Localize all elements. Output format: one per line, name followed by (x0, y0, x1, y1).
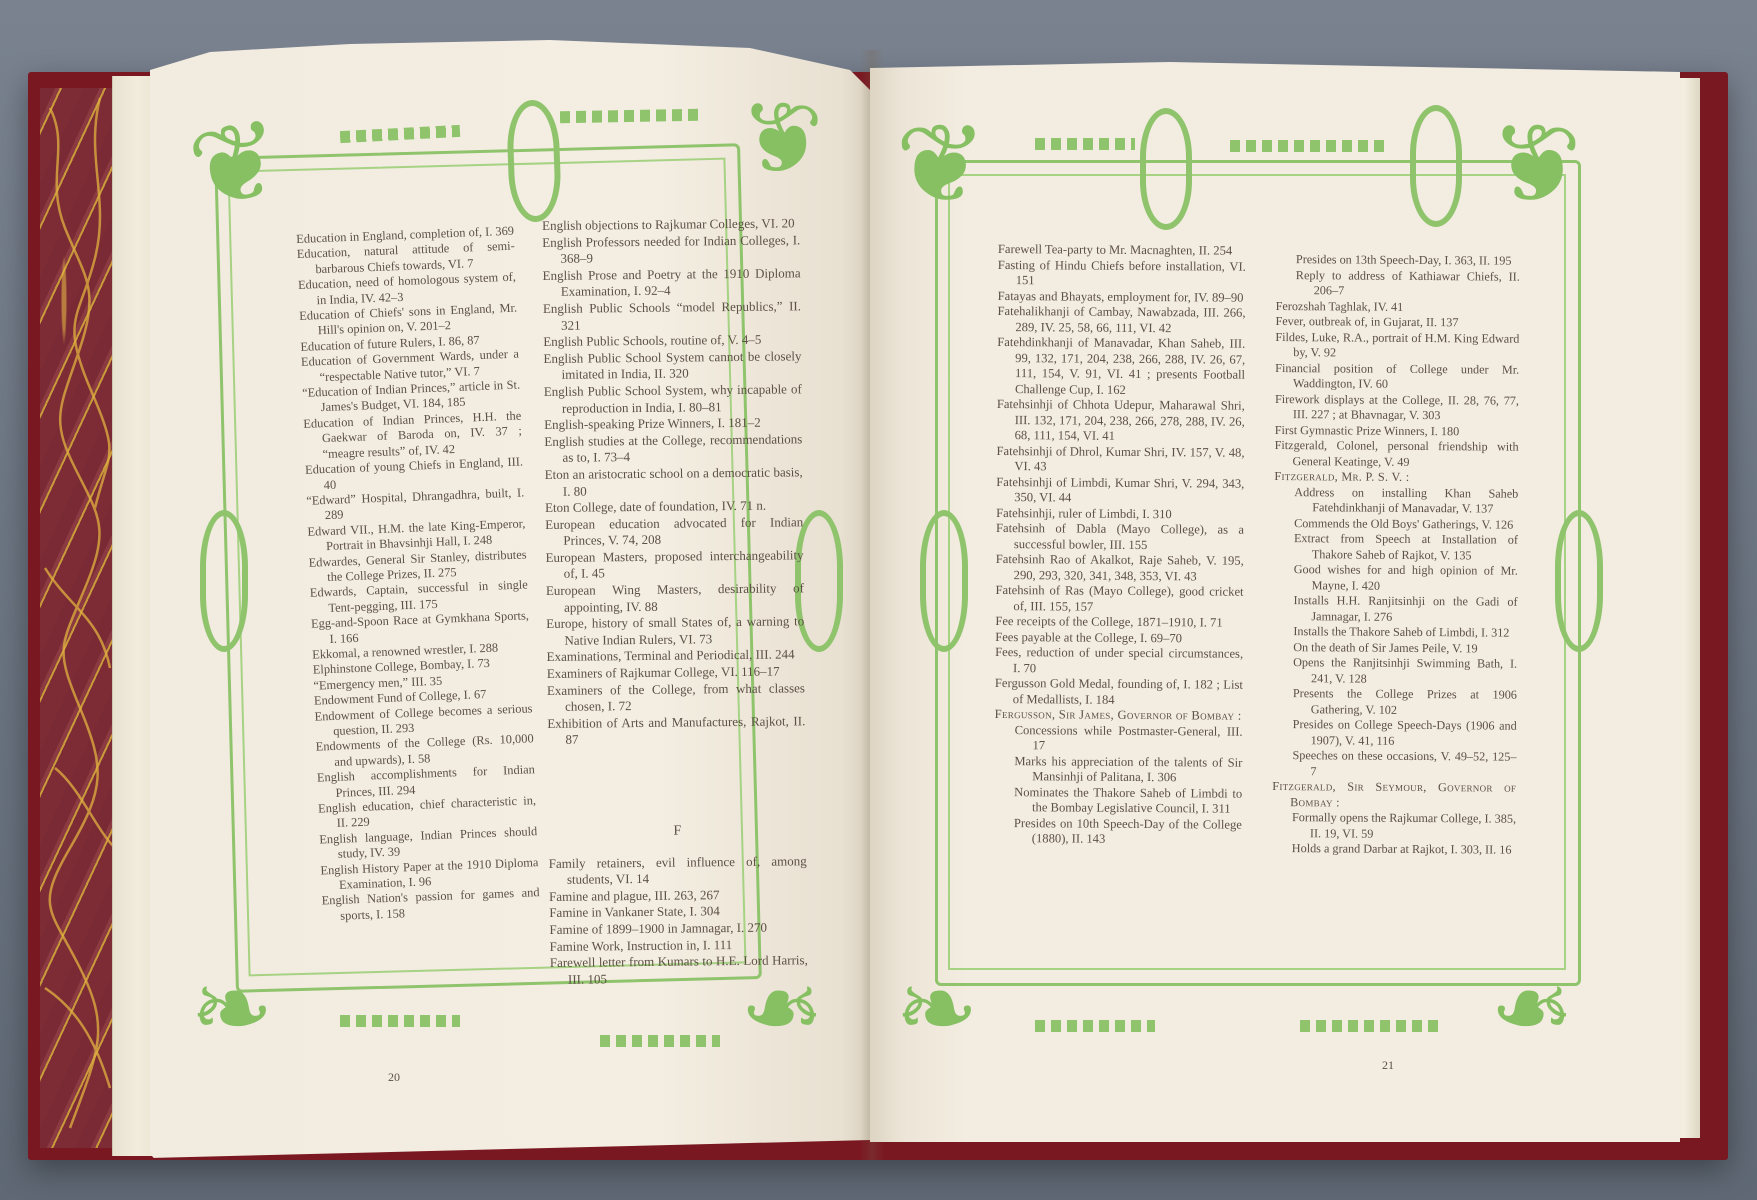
index-entry: First Gymnastic Prize Winners, I. 180 (1275, 422, 1519, 439)
right-bottom-right-corner-flourish: ❧ (1490, 960, 1574, 1060)
index-subentry: Presides on College Speech-Days (1906 an… (1273, 717, 1517, 750)
index-entry: English Public School System, why incapa… (544, 381, 802, 417)
index-subentry: Presides on 13th Speech-Day, I. 363, II.… (1276, 252, 1520, 269)
index-subentry: Extract from Speech at Installation of T… (1274, 531, 1518, 564)
index-entry: Financial position of College under Mr. … (1275, 360, 1519, 393)
index-entry: Farewell letter from Kumars to H.E. Lord… (550, 952, 808, 988)
index-subentry: Opens the Ranjitsinhji Swimming Bath, I.… (1273, 655, 1517, 688)
index-entry: Education of Indian Princes, H.H. the Ga… (303, 408, 523, 463)
index-entry: Fatehalikhanji of Cambay, Nawabzada, III… (997, 304, 1245, 337)
index-entry: English Public Schools “model Republics,… (543, 298, 801, 334)
index-entry: Fee receipts of the College, 1871–1910, … (995, 614, 1243, 631)
right-bottom-scroll-ornament (1035, 1020, 1155, 1032)
marble-veins (40, 88, 120, 1148)
index-subentry: Presents the College Prizes at 1906 Gath… (1273, 686, 1517, 719)
index-subentry: Presides on 10th Speech-Day of the Colle… (994, 815, 1242, 848)
index-subentry: Nominates the Thakore Saheb of Limbdi to… (994, 784, 1242, 817)
index-entry: European Masters, proposed interchangeab… (545, 547, 803, 583)
index-entry: Fatehsinhji, ruler of Limbdi, I. 310 (996, 505, 1244, 522)
index-subentry: Installs the Thakore Saheb of Limbdi, I.… (1273, 624, 1517, 641)
right-top-scroll-ornament (1035, 138, 1135, 150)
index-subentry: Speeches on these occasions, V. 49–52, 1… (1272, 748, 1516, 781)
index-subentry: Address on installing Khan Saheb Fatehdi… (1274, 484, 1518, 517)
left-top-left-corner-flourish: ❦ (181, 103, 291, 227)
index-entry: European Wing Masters, desirability of a… (546, 580, 804, 616)
index-entry: Fatehdinkhanji of Manavadar, Khan Saheb,… (997, 335, 1245, 399)
left-bottom-scroll-ornament (340, 1015, 460, 1027)
right-top-cartouche-ornament (1140, 108, 1192, 230)
left-page-number: 20 (388, 1070, 400, 1085)
right-bottom-scroll-ornament-2 (1300, 1020, 1440, 1032)
index-entry: Fatehsinh of Dabla (Mayo College), as a … (996, 521, 1244, 554)
left-side-cartouche-ornament (200, 510, 248, 652)
index-entry: English Prose and Poetry at the 1910 Dip… (543, 265, 801, 301)
index-entry: Fildes, Luke, R.A., portrait of H.M. Kin… (1275, 329, 1519, 362)
index-entry: Fees, reduction of under special circums… (995, 645, 1243, 678)
left-page-column-2: English objections to Rajkumar Colleges,… (542, 215, 808, 988)
index-entry: Firework displays at the College, II. 28… (1275, 391, 1519, 424)
index-subentry: Commends the Old Boys' Gatherings, V. 12… (1274, 515, 1518, 532)
index-heading: Fitzgerald, Mr. P. S. V. : (1274, 469, 1518, 486)
index-entry: Fasting of Hindu Chiefs before installat… (998, 257, 1246, 290)
left-top-right-corner-flourish: ❦ (740, 90, 824, 190)
index-subentry: Formally opens the Rajkumar College, I. … (1272, 810, 1516, 843)
left-bottom-scroll-ornament-2 (600, 1035, 720, 1047)
index-entry: Fatehsinhji of Limbdi, Kumar Shri, V. 29… (996, 474, 1244, 507)
section-letter: F (548, 822, 806, 841)
left-bottom-left-corner-flourish: ❧ (190, 960, 274, 1060)
index-entry: Eton an aristocratic school on a democra… (545, 464, 803, 500)
index-entry: Farewell Tea-party to Mr. Macnaghten, II… (998, 242, 1246, 259)
index-entry: English Professors needed for Indian Col… (542, 232, 800, 268)
index-entry: Fever, outbreak of, in Gujarat, II. 137 (1275, 314, 1519, 331)
index-subentry: Concessions while Postmaster-General, II… (994, 722, 1242, 755)
section-gap (548, 746, 807, 803)
right-top-right-corner-flourish: ❦ (1490, 110, 1582, 220)
index-heading: Fitzgerald, Sir Seymour, Governor of Bom… (1272, 779, 1516, 812)
right-page-column-2: Presides on 13th Speech-Day, I. 363, II.… (1272, 252, 1520, 858)
index-entry: Europe, history of small States of, a wa… (546, 614, 804, 650)
index-entry: Fees payable at the College, I. 69–70 (995, 629, 1243, 646)
index-subentry: Reply to address of Kathiawar Chiefs, II… (1276, 267, 1520, 300)
right-right-cartouche-ornament (1555, 510, 1603, 652)
left-page-column-1: Education in England, completion of, I. … (296, 224, 540, 925)
index-entry: Exhibition of Arts and Manufactures, Raj… (547, 713, 805, 749)
index-entry: English studies at the College, recommen… (544, 431, 802, 467)
index-entry: Fergusson Gold Medal, founding of, I. 18… (995, 676, 1243, 709)
index-subentry: Marks his appreciation of the talents of… (994, 753, 1242, 786)
index-subentry: On the death of Sir James Peile, V. 19 (1273, 639, 1517, 656)
index-entry: English Public School System cannot be c… (543, 348, 801, 384)
left-top-scroll-ornament-2 (560, 109, 700, 123)
right-page-number: 21 (1382, 1058, 1394, 1073)
index-entry: Fitzgerald, Colonel, personal friendship… (1274, 438, 1518, 471)
index-entry: Fatehsinh Rao of Akalkot, Raje Saheb, V.… (996, 552, 1244, 585)
index-entry: Ferozshah Taghlak, IV. 41 (1276, 298, 1520, 315)
index-entry: Family retainers, evil influence of, amo… (549, 853, 807, 889)
right-page-column-1: Farewell Tea-party to Mr. Macnaghten, II… (994, 242, 1246, 848)
right-left-cartouche-ornament (920, 510, 968, 652)
right-top-cartouche-ornament-2 (1410, 105, 1462, 227)
index-subentry: Holds a grand Darbar at Rajkot, I. 303, … (1272, 841, 1516, 858)
index-entry: Fatehsinhji of Dhrol, Kumar Shri, IV. 15… (996, 443, 1244, 476)
index-entry: Fatehsinhji of Chhota Udepur, Maharawal … (997, 397, 1245, 445)
index-entry: Fatehsinh of Ras (Mayo College), good cr… (995, 583, 1243, 616)
index-heading: Fergusson, Sir James, Governor of Bombay… (995, 707, 1243, 724)
right-top-left-corner-flourish: ❦ (895, 110, 987, 220)
right-bottom-left-corner-flourish: ❧ (895, 960, 979, 1060)
index-subentry: Installs H.H. Ranjitsinhji on the Gadi o… (1273, 593, 1517, 626)
index-entry: Examiners of the College, from what clas… (547, 680, 805, 716)
index-subentry: Good wishes for and high opinion of Mr. … (1274, 562, 1518, 595)
right-top-scroll-ornament-2 (1230, 140, 1390, 152)
index-entry: European education advocated for Indian … (545, 514, 803, 550)
index-entry: Fatayas and Bhayats, employment for, IV.… (998, 288, 1246, 305)
